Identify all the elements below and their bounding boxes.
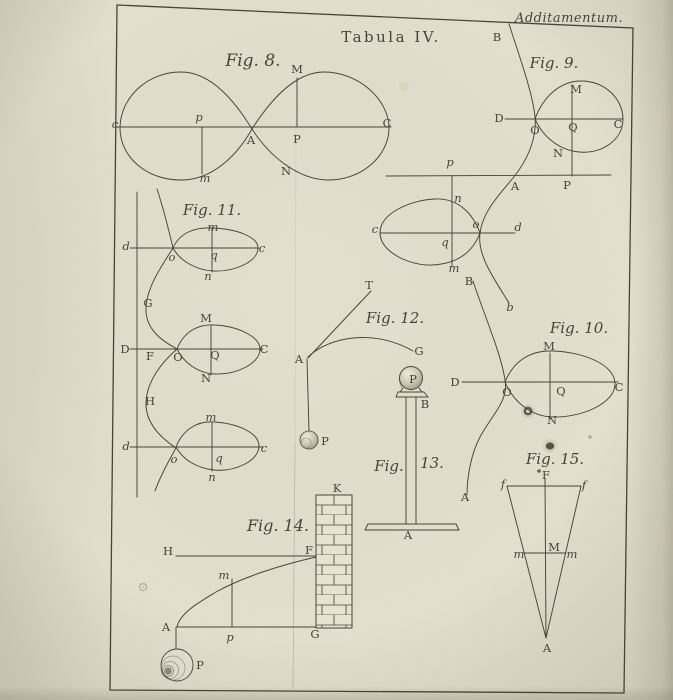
label-fig9-d: d — [514, 220, 521, 234]
header-annotation: Additamentum. — [514, 11, 623, 26]
title-fig12: Fig. 12. — [365, 309, 424, 327]
scanned-plate-page: Tabula IV. Additamentum. Fig. 8.Fig. 9.F… — [0, 0, 673, 700]
ink-blot-2 — [546, 442, 554, 449]
ink-blot-halo-1 — [522, 405, 535, 418]
label-fig11-F: F — [146, 349, 154, 363]
label-fig11-c: c — [261, 441, 268, 455]
label-fig14-m: m — [219, 568, 230, 582]
label-fig11-D: D — [120, 342, 129, 356]
label-fig10-D: D — [450, 375, 459, 389]
label-fig14-H: H — [163, 544, 173, 558]
label-fig10-C: C — [615, 380, 624, 394]
title-fig14: Fig. 14. — [246, 516, 309, 535]
fig14-ball-core — [164, 667, 172, 675]
plate-svg: Tabula IV. Additamentum. Fig. 8.Fig. 9.F… — [0, 0, 673, 700]
label-fig8-C: C — [383, 116, 392, 130]
label-fig11-d: d — [122, 439, 129, 453]
label-fig11-M: M — [200, 311, 212, 325]
label-fig11-m: m — [208, 220, 219, 234]
foxing-dot — [142, 586, 144, 588]
label-fig11-G: G — [143, 296, 152, 310]
label-fig13-B: B — [421, 397, 429, 411]
label-fig14-G: G — [310, 627, 319, 641]
label-fig12-A: A — [294, 352, 304, 366]
label-fig14-P: P — [196, 658, 204, 672]
label-fig12-P: P — [321, 434, 329, 448]
label-fig11-Q: Q — [210, 348, 219, 362]
label-fig11-o: o — [171, 452, 178, 466]
label-fig11-n: n — [208, 470, 215, 484]
label-fig9-c: c — [372, 222, 379, 236]
label-fig10-M: M — [543, 339, 555, 353]
title-fig10: Fig. 10. — [549, 319, 608, 337]
label-fig14-A: A — [161, 620, 171, 634]
label-fig9-p: p — [446, 155, 454, 169]
plate-title: Tabula IV. — [341, 28, 440, 46]
title-fig15: Fig. 15. — [525, 450, 584, 468]
label-fig15-A: A — [542, 641, 552, 655]
label-fig10-O: O — [502, 385, 511, 399]
label-fig9-M: M — [570, 82, 582, 96]
label-fig9-n: n — [454, 191, 461, 205]
label-fig15-F: F — [542, 468, 550, 482]
label-fig13-P: P — [409, 372, 417, 386]
page-left-shadow — [0, 0, 112, 700]
label-fig8-N: N — [281, 164, 291, 178]
label-fig11-m: m — [206, 410, 217, 424]
label-fig11-N: N — [201, 371, 211, 385]
paper-stain — [399, 81, 409, 91]
label-fig8-c: c — [112, 117, 119, 131]
label-fig11-n: n — [204, 269, 211, 283]
label-fig14-p: p — [226, 630, 234, 644]
label-fig9-q: q — [441, 235, 448, 249]
label-fig9-C: C — [614, 117, 623, 131]
label-fig12-G: G — [414, 344, 423, 358]
label-fig11-H: H — [145, 394, 155, 408]
label-fig9-B: B — [493, 30, 501, 44]
title-fig13-1: 13. — [420, 454, 444, 472]
label-fig9-A: A — [510, 179, 520, 193]
title-fig11: Fig. 11. — [182, 201, 241, 219]
label-fig8-A: A — [246, 133, 256, 147]
label-fig11-C: C — [260, 342, 269, 356]
label-fig11-q: q — [215, 451, 222, 465]
title-fig8: Fig. 8. — [224, 51, 280, 71]
label-fig10-N: N — [547, 413, 557, 427]
label-fig14-F: F — [305, 543, 313, 557]
label-fig9-O: O — [530, 123, 539, 137]
label-fig11-d: d — [122, 239, 129, 253]
label-fig15-M: M — [548, 540, 560, 554]
label-fig10-Q: Q — [556, 384, 565, 398]
label-fig9-P: P — [563, 178, 571, 192]
label-fig11-O: O — [173, 350, 182, 364]
label-fig9-m: m — [449, 261, 460, 275]
label-fig8-m: m — [200, 171, 211, 185]
label-fig9-o: o — [473, 217, 480, 231]
label-fig12-T: T — [365, 278, 373, 292]
label-fig9-Q: Q — [568, 120, 577, 134]
label-fig8-M: M — [291, 62, 303, 76]
ink-speck-1 — [537, 469, 541, 473]
title-fig9: Fig. 9. — [529, 54, 579, 72]
label-fig11-q: q — [210, 248, 217, 262]
label-fig11-o: o — [169, 250, 176, 264]
label-fig8-P: P — [293, 132, 301, 146]
ink-speck-2 — [588, 435, 591, 438]
label-fig10-A: A — [460, 490, 470, 504]
label-fig13-A: A — [403, 528, 413, 542]
label-fig11-c: c — [259, 241, 266, 255]
label-fig14-K: K — [333, 481, 342, 495]
page-right-shadow — [630, 0, 673, 700]
label-fig10-B: B — [465, 274, 473, 288]
label-fig9-N: N — [553, 146, 563, 160]
fig14-wall-bricks — [316, 495, 352, 628]
label-fig9-D: D — [494, 111, 503, 125]
label-fig15-m: m — [567, 547, 578, 561]
label-fig8-p: p — [195, 110, 203, 124]
label-fig15-m: m — [514, 547, 525, 561]
title-fig13: Fig. — [373, 457, 404, 475]
label-fig9-b: b — [506, 300, 513, 314]
